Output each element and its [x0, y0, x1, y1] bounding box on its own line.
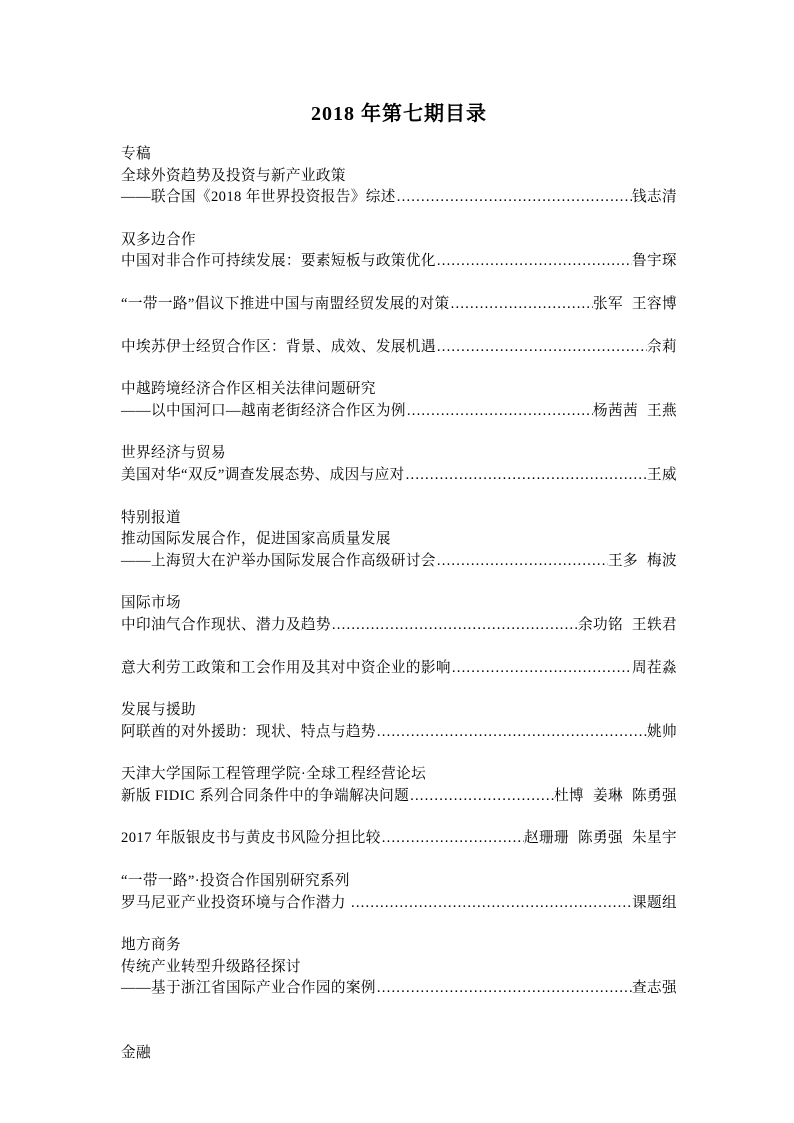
toc-entry: 中国对非合作可持续发展：要素短板与政策优化...................… [121, 251, 677, 273]
section-heading: “一带一路”·投资合作国别研究系列 [121, 871, 677, 893]
dot-leader: ........................................… [331, 615, 578, 637]
toc-block: “一带一路”倡议下推进中国与南盟经贸发展的对策.................… [121, 294, 677, 316]
toc-entry: ——联合国《2018 年世界投资报告》综述...................… [121, 187, 677, 209]
article-title: 中国对非合作可持续发展：要素短板与政策优化 [121, 251, 436, 273]
article-authors: 张军 王容博 [593, 294, 677, 316]
toc-block: 天津大学国际工程管理学院·全球工程经营论坛新版 FIDIC 系列合同条件中的争端… [121, 764, 677, 807]
toc-block: 意大利劳工政策和工会作用及其对中资企业的影响..................… [121, 658, 677, 680]
article-title: 2017 年版银皮书与黄皮书风险分担比较 [121, 828, 381, 850]
section-heading: 双多边合作 [121, 230, 677, 252]
toc-entry: 中印油气合作现状、潜力及趋势..........................… [121, 615, 677, 637]
dot-leader: ........................................… [436, 337, 647, 359]
toc-block: 国际市场中印油气合作现状、潜力及趋势......................… [121, 593, 677, 636]
toc-entry: 意大利劳工政策和工会作用及其对中资企业的影响..................… [121, 658, 677, 680]
article-title-line: 中越跨境经济合作区相关法律问题研究 [121, 379, 677, 401]
toc-entry: 美国对华“双反”调查发展态势、成因与应对....................… [121, 465, 677, 487]
toc: 专稿全球外资趋势及投资与新产业政策——联合国《2018 年世界投资报告》综述..… [121, 144, 677, 1065]
dot-leader: ........................................… [406, 401, 593, 423]
dot-leader: ........................................… [450, 294, 593, 316]
toc-block: 金融 [121, 1043, 677, 1065]
article-authors: 查志强 [632, 978, 677, 1000]
article-authors: 赵珊珊 陈勇强 朱星宇 [524, 828, 677, 850]
toc-entry: “一带一路”倡议下推进中国与南盟经贸发展的对策.................… [121, 294, 677, 316]
toc-block: 世界经济与贸易美国对华“双反”调查发展态势、成因与应对.............… [121, 443, 677, 486]
section-heading: 特别报道 [121, 508, 677, 530]
dot-leader: ........................................… [350, 893, 632, 915]
article-title-line: 传统产业转型升级路径探讨 [121, 957, 677, 979]
article-title: ——基于浙江省国际产业合作园的案例 [121, 978, 376, 1000]
toc-block: “一带一路”·投资合作国别研究系列罗马尼亚产业投资环境与合作潜力 .......… [121, 871, 677, 914]
toc-entry: ——基于浙江省国际产业合作园的案例.......................… [121, 978, 677, 1000]
article-title: ——以中国河口—越南老街经济合作区为例 [121, 401, 406, 423]
toc-block: 特别报道推动国际发展合作，促进国家高质量发展——上海贸大在沪举办国际发展合作高级… [121, 508, 677, 573]
dot-leader: ........................................… [396, 187, 632, 209]
article-title: 中印油气合作现状、潜力及趋势 [121, 615, 331, 637]
section-heading: 发展与援助 [121, 700, 677, 722]
toc-block: 2017 年版银皮书与黄皮书风险分担比较....................… [121, 828, 677, 850]
document-page: 2018 年第七期目录 专稿全球外资趋势及投资与新产业政策——联合国《2018 … [0, 0, 794, 1123]
section-heading: 天津大学国际工程管理学院·全球工程经营论坛 [121, 764, 677, 786]
dot-leader: ........................................… [405, 465, 647, 487]
section-heading: 地方商务 [121, 935, 677, 957]
section-heading: 专稿 [121, 144, 677, 166]
article-title: 意大利劳工政策和工会作用及其对中资企业的影响 [121, 658, 451, 680]
article-authors: 钱志清 [632, 187, 677, 209]
article-authors: 王多 梅波 [608, 551, 677, 573]
article-title: 阿联酋的对外援助：现状、特点与趋势 [121, 722, 376, 744]
dot-leader: ........................................… [376, 978, 632, 1000]
toc-entry: 罗马尼亚产业投资环境与合作潜力 ........................… [121, 893, 677, 915]
article-title-line: 推动国际发展合作，促进国家高质量发展 [121, 529, 677, 551]
article-title: 中埃苏伊士经贸合作区：背景、成效、发展机遇 [121, 337, 436, 359]
article-title: ——联合国《2018 年世界投资报告》综述 [121, 187, 396, 209]
article-authors: 周茬淼 [632, 658, 677, 680]
toc-entry: ——上海贸大在沪举办国际发展合作高级研讨会...................… [121, 551, 677, 573]
article-authors: 课题组 [632, 893, 677, 915]
article-title: 新版 FIDIC 系列合同条件中的争端解决问题 [121, 786, 409, 808]
toc-block: 地方商务传统产业转型升级路径探讨——基于浙江省国际产业合作园的案例.......… [121, 935, 677, 1000]
toc-block: 发展与援助阿联酋的对外援助：现状、特点与趋势..................… [121, 700, 677, 743]
page-title: 2018 年第七期目录 [121, 101, 677, 128]
article-title: 美国对华“双反”调查发展态势、成因与应对 [121, 465, 405, 487]
dot-leader: ........................................… [436, 551, 608, 573]
toc-entry: 阿联酋的对外援助：现状、特点与趋势.......................… [121, 722, 677, 744]
dot-leader: ........................................… [436, 251, 632, 273]
article-authors: 佘莉 [647, 337, 677, 359]
article-title: “一带一路”倡议下推进中国与南盟经贸发展的对策 [121, 294, 450, 316]
toc-entry: 2017 年版银皮书与黄皮书风险分担比较....................… [121, 828, 677, 850]
article-authors: 鲁宇琛 [632, 251, 677, 273]
article-title: ——上海贸大在沪举办国际发展合作高级研讨会 [121, 551, 436, 573]
dot-leader: ........................................… [381, 828, 524, 850]
article-authors: 姚帅 [647, 722, 677, 744]
article-title: 罗马尼亚产业投资环境与合作潜力 [121, 893, 350, 915]
article-title-line: 全球外资趋势及投资与新产业政策 [121, 166, 677, 188]
article-authors: 杨茜茜 王燕 [593, 401, 677, 423]
toc-entry: 新版 FIDIC 系列合同条件中的争端解决问题.................… [121, 786, 677, 808]
dot-leader: ........................................… [409, 786, 554, 808]
dot-leader: ........................................… [376, 722, 647, 744]
section-heading: 世界经济与贸易 [121, 443, 677, 465]
article-authors: 王威 [647, 465, 677, 487]
section-heading: 金融 [121, 1043, 677, 1065]
section-heading: 国际市场 [121, 593, 677, 615]
article-authors: 杜博 姜琳 陈勇强 [554, 786, 677, 808]
toc-block: 中越跨境经济合作区相关法律问题研究——以中国河口—越南老街经济合作区为例....… [121, 379, 677, 422]
dot-leader: ........................................… [451, 658, 632, 680]
article-authors: 余功铭 王轶君 [578, 615, 677, 637]
toc-entry: ——以中国河口—越南老街经济合作区为例.....................… [121, 401, 677, 423]
toc-block: 专稿全球外资趋势及投资与新产业政策——联合国《2018 年世界投资报告》综述..… [121, 144, 677, 209]
toc-block: 中埃苏伊士经贸合作区：背景、成效、发展机遇...................… [121, 337, 677, 359]
toc-entry: 中埃苏伊士经贸合作区：背景、成效、发展机遇...................… [121, 337, 677, 359]
toc-block: 双多边合作中国对非合作可持续发展：要素短板与政策优化..............… [121, 230, 677, 273]
